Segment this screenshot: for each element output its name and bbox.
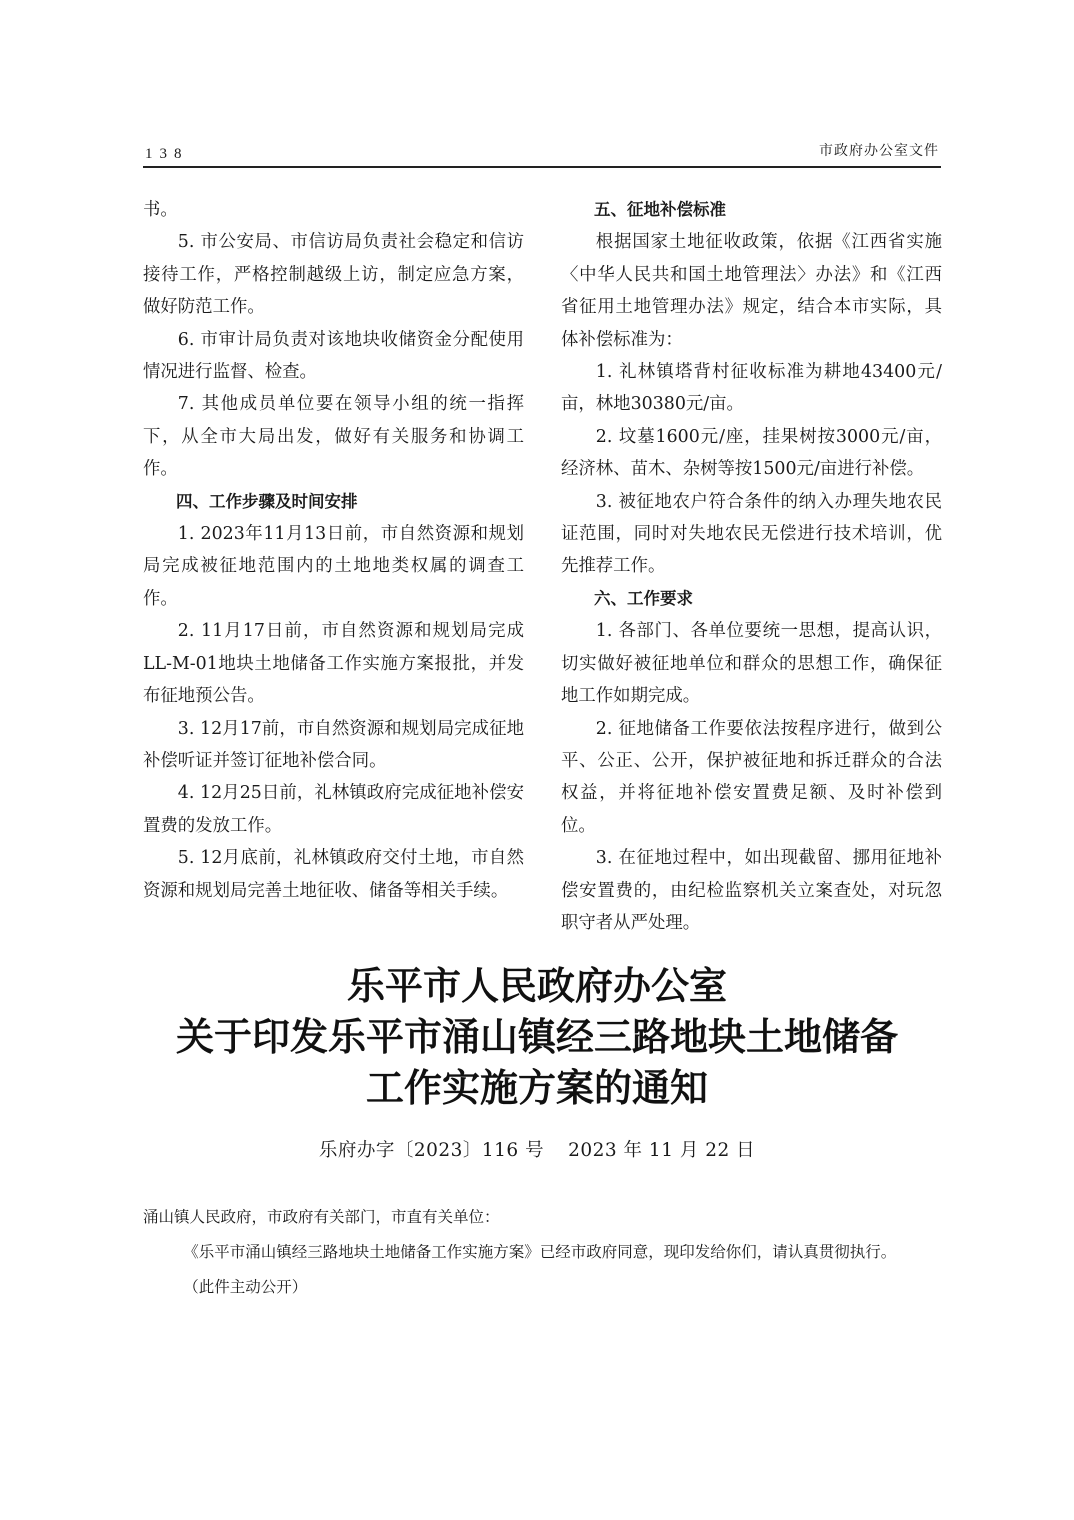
paragraph-continuation: 书。 (143, 194, 524, 226)
section-heading-compensation: 五、征地补偿标准 (561, 194, 942, 226)
notice-body-text: 《乐平市涌山镇经三路地块土地储备工作实施方案》已经市政府同意，现印发给你们，请认… (143, 1235, 943, 1270)
left-column: 书。 5. 市公安局、市信访局负责社会稳定和信访接待工作，严格控制越级上访，制定… (143, 194, 524, 907)
paragraph-item-5-public-security: 5. 市公安局、市信访局负责社会稳定和信访接待工作，严格控制越级上访，制定应急方… (143, 226, 524, 323)
paragraph-compensation-basis: 根据国家土地征收政策，依据《江西省实施〈中华人民共和国土地管理法〉办法》和《江西… (561, 226, 942, 356)
paragraph-schedule-4: 4. 12月25日前，礼林镇政府完成征地补偿安置费的发放工作。 (143, 777, 524, 842)
paragraph-compensation-2: 2. 坟墓1600元/座，挂果树按3000元/亩，经济林、苗木、杂树等按1500… (561, 421, 942, 486)
notice-title-line-3: 工作实施方案的通知 (0, 1062, 1074, 1113)
paragraph-item-7-other-units: 7. 其他成员单位要在领导小组的统一指挥下，从全市大局出发，做好有关服务和协调工… (143, 388, 524, 485)
notice-title-line-2: 关于印发乐平市涌山镇经三路地块土地储备 (0, 1011, 1074, 1062)
section-heading-schedule: 四、工作步骤及时间安排 (143, 486, 524, 518)
document-number-line: 乐府办字〔2023〕116 号2023 年 11 月 22 日 (0, 1136, 1074, 1162)
paragraph-requirement-2: 2. 征地储备工作要依法按程序进行，做到公平、公正、公开，保护被征地和拆迁群众的… (561, 713, 942, 843)
page-number: 138 (145, 146, 189, 163)
notice-body: 涌山镇人民政府，市政府有关部门，市直有关单位： 《乐平市涌山镇经三路地块土地储备… (143, 1200, 943, 1305)
section-heading-requirements: 六、工作要求 (561, 583, 942, 615)
addressee: 涌山镇人民政府，市政府有关部门，市直有关单位： (143, 1200, 943, 1235)
page-header: 138 市政府办公室文件 (143, 136, 941, 168)
paragraph-compensation-1: 1. 礼林镇塔背村征收标准为耕地43400元/亩，林地30380元/亩。 (561, 356, 942, 421)
paragraph-item-6-audit: 6. 市审计局负责对该地块收储资金分配使用情况进行监督、检查。 (143, 324, 524, 389)
document-date: 2023 年 11 月 22 日 (568, 1140, 755, 1161)
running-title: 市政府办公室文件 (819, 140, 939, 160)
notice-title: 乐平市人民政府办公室 关于印发乐平市涌山镇经三路地块土地储备 工作实施方案的通知 (0, 960, 1074, 1113)
paragraph-schedule-3: 3. 12月17前，市自然资源和规划局完成征地补偿听证并签订征地补偿合同。 (143, 713, 524, 778)
paragraph-schedule-2: 2. 11月17日前，市自然资源和规划局完成LL-M-01地块土地储备工作实施方… (143, 615, 524, 712)
notice-title-line-1: 乐平市人民政府办公室 (0, 960, 1074, 1011)
paragraph-requirement-3: 3. 在征地过程中，如出现截留、挪用征地补偿安置费的，由纪检监察机关立案查处，对… (561, 842, 942, 939)
paragraph-schedule-5: 5. 12月底前，礼林镇政府交付土地，市自然资源和规划局完善土地征收、储备等相关… (143, 842, 524, 907)
right-column: 五、征地补偿标准 根据国家土地征收政策，依据《江西省实施〈中华人民共和国土地管理… (561, 194, 942, 939)
paragraph-compensation-3: 3. 被征地农户符合条件的纳入办理失地农民证范围，同时对失地农民无偿进行技术培训… (561, 486, 942, 583)
disclosure-note: （此件主动公开） (143, 1270, 943, 1305)
paragraph-schedule-1: 1. 2023年11月13日前，市自然资源和规划局完成被征地范围内的土地地类权属… (143, 518, 524, 615)
paragraph-requirement-1: 1. 各部门、各单位要统一思想，提高认识，切实做好被征地单位和群众的思想工作，确… (561, 615, 942, 712)
document-number: 乐府办字〔2023〕116 号 (319, 1140, 544, 1161)
